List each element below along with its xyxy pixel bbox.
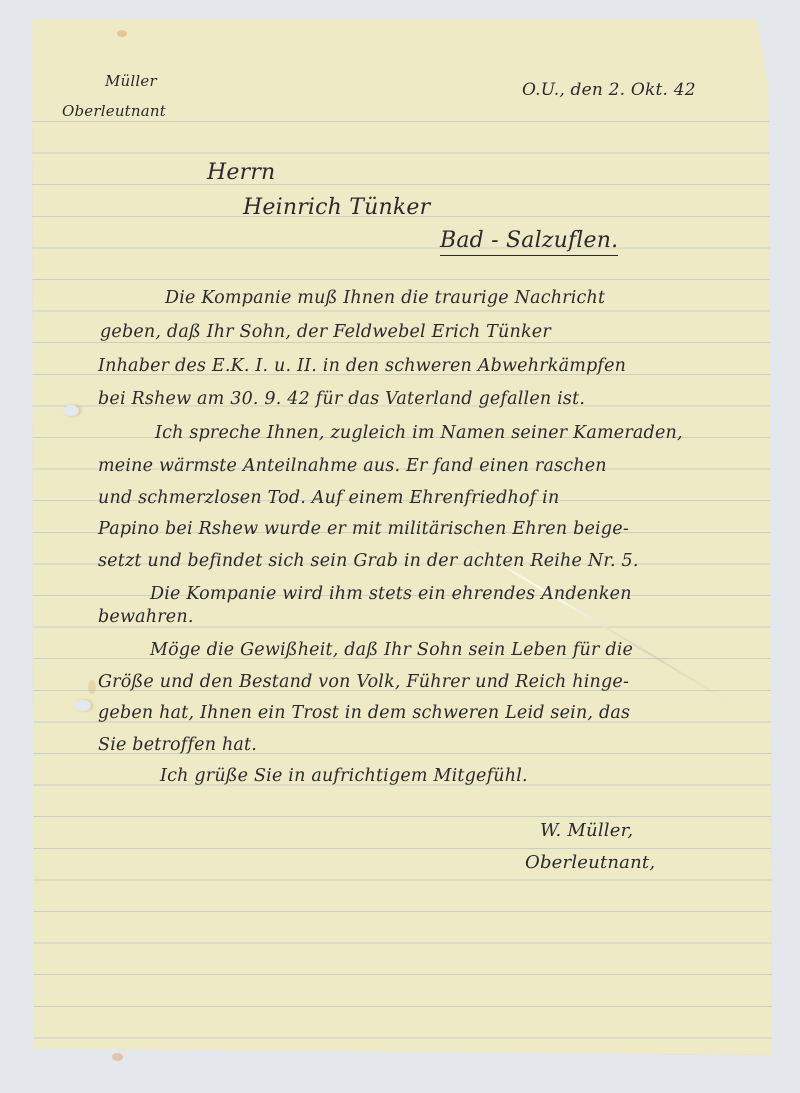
body-line: Die Kompanie muß Ihnen die traurige Nach… [165, 288, 605, 308]
signature-name: W. Müller, [540, 820, 633, 841]
body-line: meine wärmste Anteilnahme aus. Er fand e… [98, 456, 607, 476]
body-line: und schmerzlosen Tod. Auf einem Ehrenfri… [98, 488, 559, 508]
body-line: Ich grüße Sie in aufrichtigem Mitgefühl. [160, 766, 528, 786]
place-date: O.U., den 2. Okt. 42 [522, 80, 696, 100]
punch-hole [75, 700, 91, 711]
recipient-name: Heinrich Tünker [243, 195, 430, 220]
paper-stain [88, 680, 96, 694]
body-line: bewahren. [98, 607, 194, 627]
body-line: geben hat, Ihnen ein Trost in dem schwer… [98, 703, 630, 723]
body-line: Sie betroffen hat. [98, 735, 257, 755]
signature-rank: Oberleutnant, [525, 852, 655, 873]
body-line: Größe und den Bestand von Volk, Führer u… [98, 672, 629, 692]
sender-rank: Oberleutnant [62, 102, 166, 120]
body-line: geben, daß Ihr Sohn, der Feldwebel Erich… [100, 322, 551, 342]
body-line: Ich spreche Ihnen, zugleich im Namen sei… [155, 423, 683, 443]
paper-stain [117, 30, 127, 37]
body-line: Papino bei Rshew wurde er mit militärisc… [98, 519, 629, 539]
paper-stain [112, 1053, 123, 1061]
punch-hole [63, 405, 79, 416]
recipient-city: Bad - Salzuflen. [440, 228, 618, 256]
body-line: Inhaber des E.K. I. u. II. in den schwer… [98, 356, 626, 376]
body-line: Möge die Gewißheit, daß Ihr Sohn sein Le… [150, 640, 633, 660]
recipient-salutation: Herrn [207, 160, 275, 185]
sender-name: Müller [105, 72, 157, 90]
body-line: bei Rshew am 30. 9. 42 für das Vaterland… [98, 389, 585, 409]
body-line: setzt und befindet sich sein Grab in der… [98, 551, 639, 571]
body-line: Die Kompanie wird ihm stets ein ehrendes… [150, 584, 632, 604]
